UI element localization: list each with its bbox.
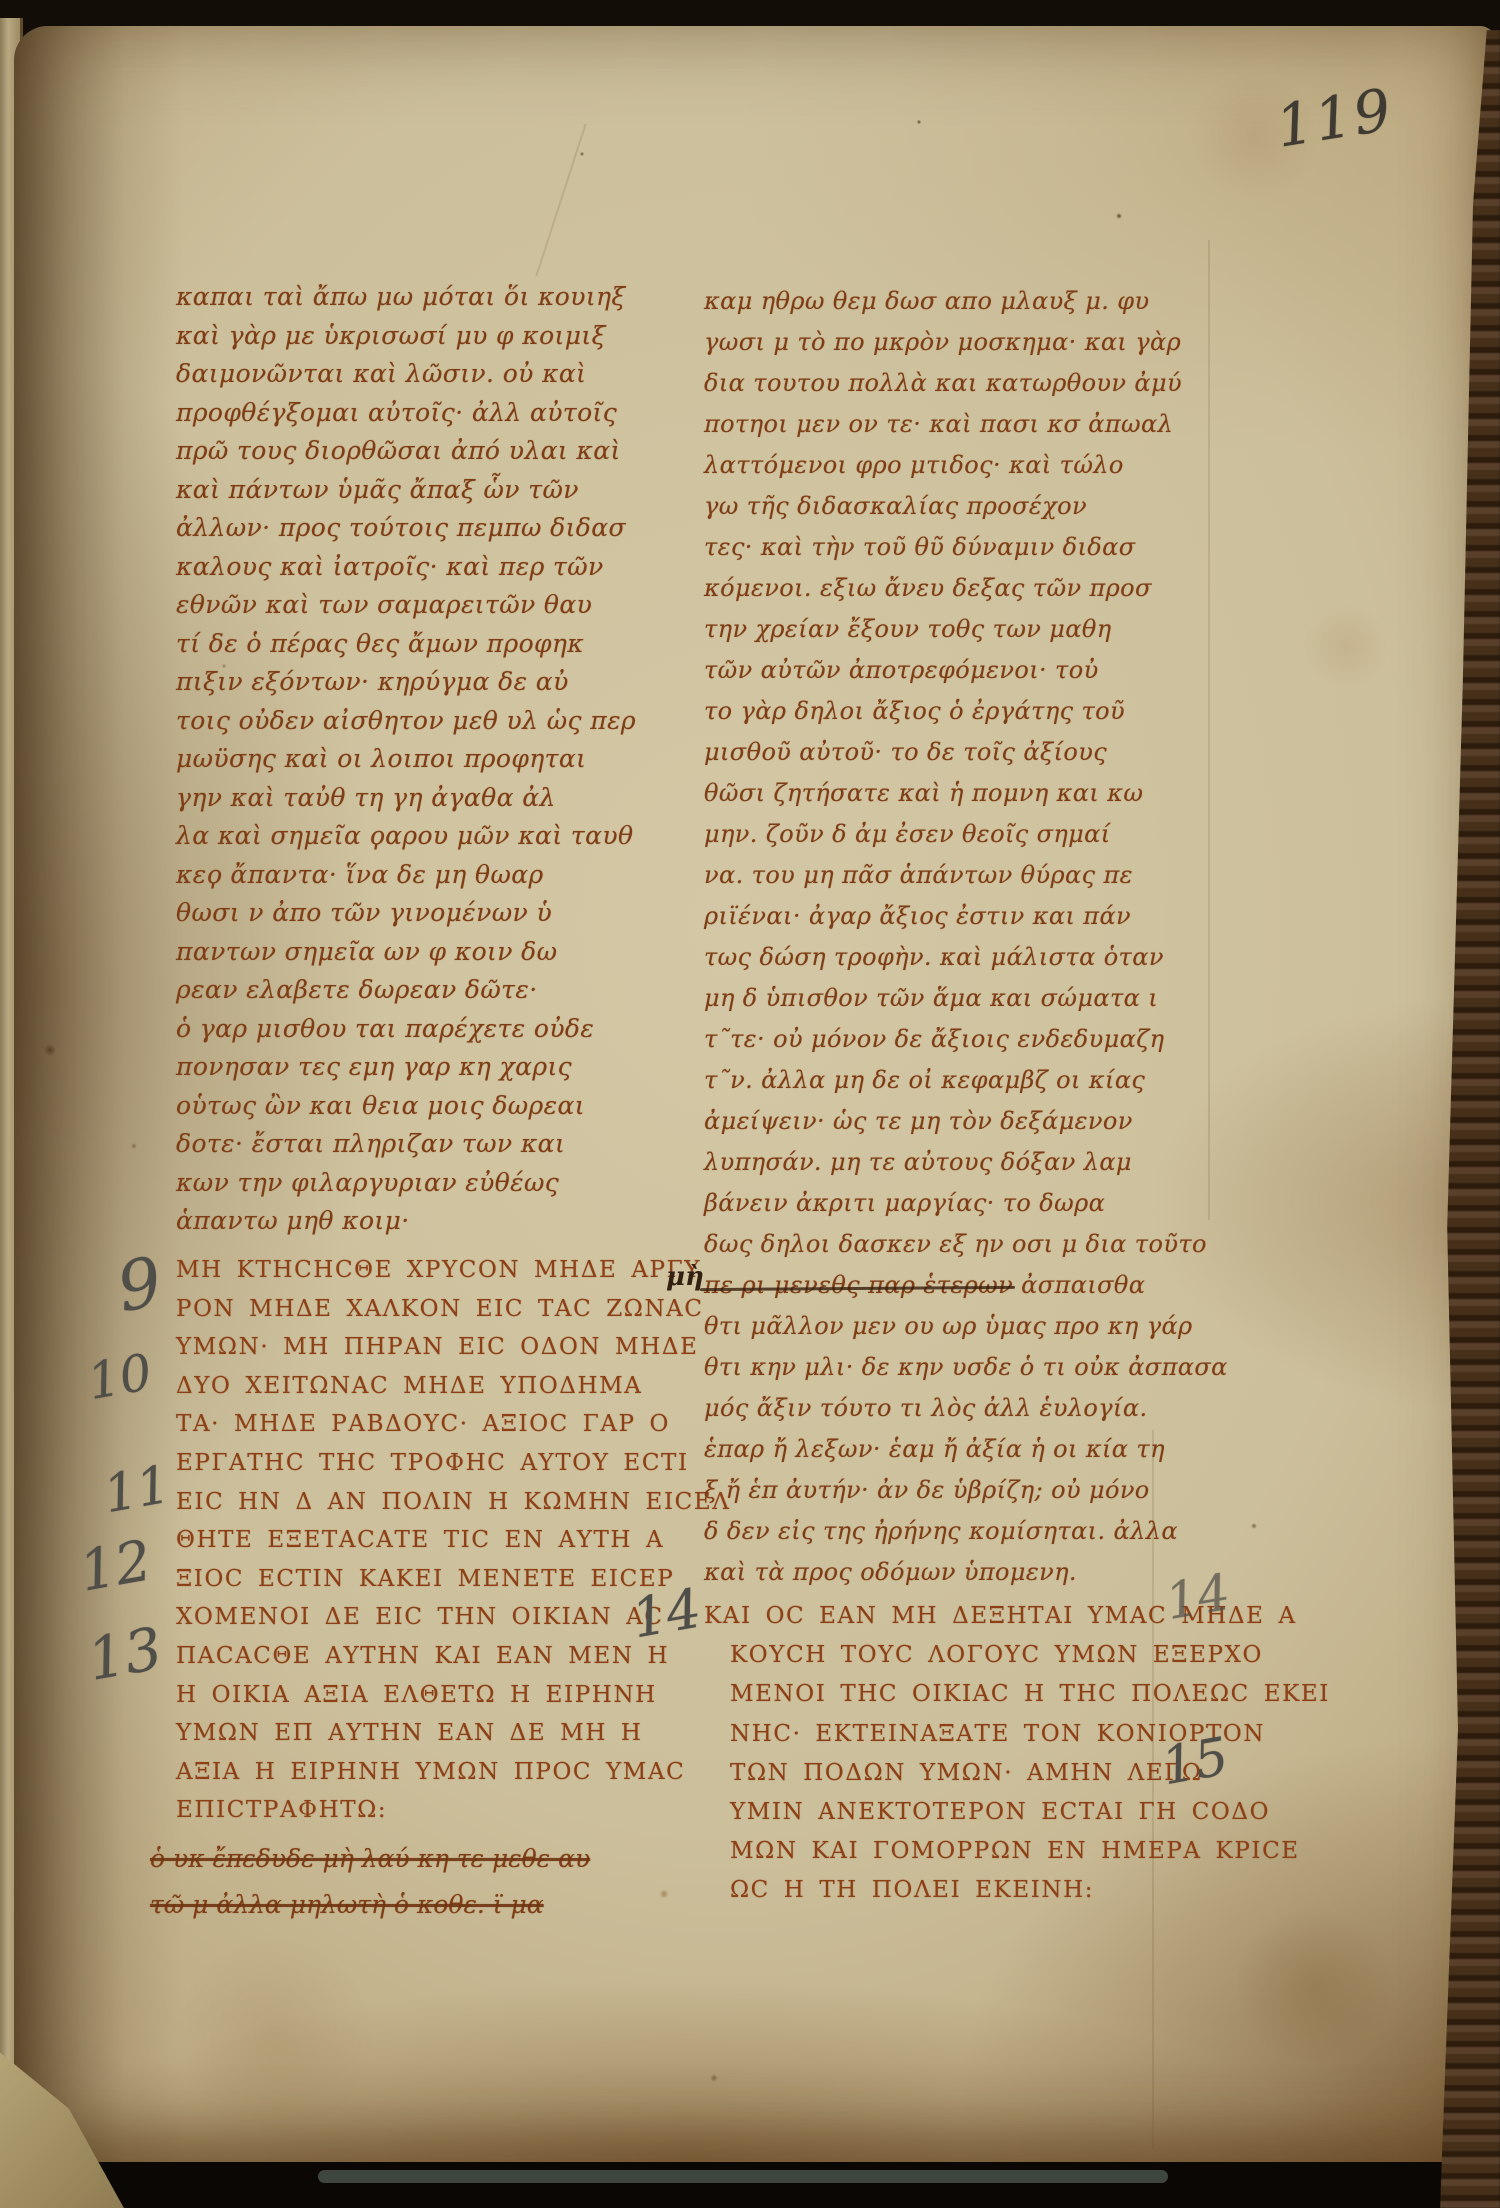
left-column-gospel-block: ΜΗ ΚΤΗCΗCΘΕ ΧΡΥCΟΝ ΜΗΔΕ ΑΡΓΥΡΟΝ ΜΗΔΕ ΧΑΛ… — [176, 1251, 646, 1830]
right-column-commentary-block: καμ ηθρω θεμ δωσ απο μλαυξ μ. φυγωσι μ τ… — [704, 281, 1212, 1593]
commentary-text-line: το γὰρ δηλοι ἄξιος ὁ ἐργάτης τοῦ — [704, 691, 1212, 732]
commentary-text-line: θτι μᾶλλον μεν ου ωρ ὑμας προ κη γάρ — [704, 1306, 1212, 1347]
gospel-text-line: ΧΟΜΕΝΟΙ ΔΕ ΕΙC ΤΗΝ ΟΙΚΙΑΝ ΑC — [176, 1598, 646, 1637]
commentary-text-line: προφθέγξομαι αὐτοῖς· ἀλλ αὐτοῖς — [176, 394, 636, 433]
gospel-text-line: ΩC Η ΤΗ ΠΟΛΕΙ ΕΚΕΙΝΗ: — [730, 1871, 1240, 1910]
commentary-text-line: λυπησάν. μη τε αὐτους δόξαν λαμ — [704, 1142, 1212, 1183]
commentary-text-line: τ῀ν. ἀλλα μη δε οἰ κεφαμβζ οι κίας — [704, 1060, 1212, 1101]
commentary-text-line: δοτε· ἔσται πληριζαν των και — [176, 1125, 636, 1164]
commentary-text-line: καὶ πάντων ὑμᾶς ἄπαξ ὧν τῶν — [176, 471, 636, 510]
commentary-text-line: εθνῶν καὶ των σαμαρειτῶν θαυ — [176, 586, 636, 625]
commentary-text-line: τες· καὶ τὴν τοῦ θῦ δύναμιν διδασ — [704, 527, 1212, 568]
gospel-text-line: ΥΜΩΝ· ΜΗ ΠΗΡΑΝ ΕΙC ΟΔΟΝ ΜΗΔΕ — [176, 1328, 646, 1367]
gospel-text-line: ΥΜΩΝ ΕΠ ΑΥΤΗΝ ΕΑΝ ΔΕ ΜΗ Η — [176, 1714, 646, 1753]
gospel-text-line: ΑΞΙΑ Η ΕΙΡΗΝΗ ΥΜΩΝ ΠΡΟC ΥΜΑC — [176, 1753, 646, 1792]
gospel-text-line: ΕΙC ΗΝ Δ ΑΝ ΠΟΛΙΝ Η ΚΩΜΗΝ ΕΙCΕΛ — [176, 1483, 646, 1522]
commentary-text-line: θτι κην μλι· δε κην υσδε ὁ τι οὐκ ἀσπασα — [704, 1347, 1212, 1388]
commentary-text-line: καμ ηθρω θεμ δωσ απο μλαυξ μ. φυ — [704, 281, 1212, 322]
commentary-text-line: θῶσι ζητήσατε καὶ ἡ πομνη και κω — [704, 773, 1212, 814]
commentary-text-line: τοις οὐδεν αἰσθητον μεθ υλ ὡς περ — [176, 702, 636, 741]
gospel-text-line: ΚΟΥCΗ ΤΟΥC ΛΟΓΟΥC ΥΜΩΝ ΕΞΕΡΧΟ — [730, 1636, 1240, 1675]
commentary-text-line: πρῶ τους διορθῶσαι ἀπό υλαι καὶ — [176, 432, 636, 471]
commentary-text-line: κόμενοι. εξιω ἄνευ δεξας τῶν προσ — [704, 568, 1212, 609]
commentary-text-line: δ δεν εἰς της ἠρήνης κομίσηται. ἀλλα — [704, 1511, 1212, 1552]
commentary-text-line: καὶ τὰ προς οδόμων ὑπομενη. — [704, 1552, 1212, 1593]
commentary-text-line: γωσι μ τὸ πο μκρὸν μοσκημα· και γὰρ — [704, 322, 1212, 363]
struck-text-line: ὁ υκ ἔπεδυδε μὴ λαύ κη τε μεθε αυ — [150, 1836, 650, 1882]
commentary-text-line: καλους καὶ ἰατροῖς· καὶ περ τῶν — [176, 548, 636, 587]
commentary-text-line: την χρείαν ἔξουν τοθς των μαθη — [704, 609, 1212, 650]
commentary-text-line: καὶ γὰρ με ὑκρισωσί μυ φ κοιμιξ — [176, 317, 636, 356]
commentary-text-line: δαιμονῶνται καὶ λῶσιν. οὐ καὶ — [176, 355, 636, 394]
verse-number-13: 13 — [83, 1614, 167, 1694]
left-column-struck-lines: ὁ υκ ἔπεδυδε μὴ λαύ κη τε μεθε αυτῶ μ ἀλ… — [150, 1836, 650, 1928]
commentary-text-line: καπαι ταὶ ἄπω μω μόται ὅι κουιηξ — [176, 278, 636, 317]
commentary-text-line: γω τῆς διδασκαλίας προσέχον — [704, 486, 1212, 527]
gospel-text-line: ΘΗΤΕ ΕΞΕΤΑCΑΤΕ ΤΙC ΕΝ ΑΥΤΗ Α — [176, 1521, 646, 1560]
commentary-text-line: βάνειν ἀκριτι μαργίας· το δωρα — [704, 1183, 1212, 1224]
commentary-text-line: δως δηλοι δασκεν εξ ην οσι μ δια τοῦτο — [704, 1224, 1212, 1265]
struck-text-line: τῶ μ ἀλλα μηλωτὴ ὁ κοθε. ϊ μα — [150, 1882, 650, 1928]
commentary-text-line: μη δ ὑπισθον τῶν ἅμα και σώματα ι — [704, 978, 1212, 1019]
commentary-text-line: ἀλλων· προς τούτοις πεμπω διδασ — [176, 509, 636, 548]
commentary-text-line: τί δε ὁ πέρας θες ἄμων προφηκ — [176, 625, 636, 664]
gospel-text-line: ΜΗ ΚΤΗCΗCΘΕ ΧΡΥCΟΝ ΜΗΔΕ ΑΡΓΥ — [176, 1251, 646, 1290]
commentary-text-line: κεϙ ἄπαντα· ἵνα δε μη θωαρ — [176, 856, 636, 895]
commentary-text-line: ἁπαντω μηθ κοιμ· — [176, 1202, 636, 1241]
commentary-text-line: τῶν αὐτῶν ἀποτρεφόμενοι· τοὐ — [704, 650, 1212, 691]
commentary-text-line: μην. ζοῦν δ ἀμ ἐσεν θεοῖς σημαί — [704, 814, 1212, 855]
commentary-text-line: ἑπαρ ἤ λεξων· ἑαμ ἤ ἀξία ἡ οι κία τη — [704, 1429, 1212, 1470]
commentary-text-line: δια τουτου πολλὰ και κατωρθουν ἀμύ — [704, 363, 1212, 404]
bottom-shadow-band — [0, 2162, 1500, 2208]
commentary-text-line: τ῀τε· οὐ μόνον δε ἄξιοις ενδεδυμαζη — [704, 1019, 1212, 1060]
commentary-text-line: ποτηοι μεν ον τε· καὶ πασι κσ ἀπωαλ — [704, 404, 1212, 445]
commentary-text-line: μός ἄξιν τόυτο τι λὸς ἀλλ ἑυλογία. — [704, 1388, 1212, 1429]
table-edge-sliver — [318, 2170, 1168, 2183]
commentary-text-line: ξ ἤ ἑπ ἀυτήν· ἀν δε ὑβρίζη; οὐ μόνο — [704, 1470, 1212, 1511]
verse-number-14-left: 14 — [627, 1577, 706, 1651]
commentary-text-line: να. του μη πᾶσ ἁπάντων θύρας πε — [704, 855, 1212, 896]
marginal-correction-mark: μὴ — [666, 1262, 704, 1292]
commentary-text-line: κων την φιλαργυριαν εὐθέως — [176, 1164, 636, 1203]
left-column-commentary-block: καπαι ταὶ ἄπω μω μόται ὅι κουιηξκαὶ γὰρ … — [176, 278, 636, 1241]
commentary-text-line: παντων σημεῖα ων φ κοιν δω — [176, 933, 636, 972]
commentary-text-line: οὑτως ὢν και θεια μοις δωρεαι — [176, 1087, 636, 1126]
gospel-text-line: ΡΟΝ ΜΗΔΕ ΧΑΛΚΟΝ ΕΙC ΤΑC ΖΩΝΑC — [176, 1290, 646, 1329]
commentary-text-line: ὁ γαρ μισθου ται παρέχετε οὐδε — [176, 1010, 636, 1049]
commentary-text-line: ἀμείψειν· ὡς τε μη τὸν δεξάμενον — [704, 1101, 1212, 1142]
verse-number-10: 10 — [83, 1343, 156, 1411]
gospel-text-line: ΠΑCΑCΘΕ ΑΥΤΗΝ ΚΑΙ ΕΑΝ ΜΕΝ Η — [176, 1637, 646, 1676]
gospel-text-line: Η ΟΙΚΙΑ ΑΞΙΑ ΕΛΘΕΤΩ Η ΕΙΡΗΝΗ — [176, 1676, 646, 1715]
gospel-text-line: ΕΡΓΑΤΗC ΤΗC ΤΡΟΦΗC ΑΥΤΟΥ ΕCΤΙ — [176, 1444, 646, 1483]
commentary-text-line: ριϊέναι· ἀγαρ ἄξιος ἐστιν και πάν — [704, 896, 1212, 937]
gospel-text-line: ΔΥΟ ΧΕΙΤΩΝΑC ΜΗΔΕ ΥΠΟΔΗΜΑ — [176, 1367, 646, 1406]
gospel-text-line: ΥΜΙΝ ΑΝΕΚΤΟΤΕΡΟΝ ΕCΤΑΙ ΓΗ CΟΔΟ — [730, 1793, 1240, 1832]
commentary-text-line: λαττόμενοι φρο μτιδος· καὶ τώλο — [704, 445, 1212, 486]
gospel-text-line: ΤΑ· ΜΗΔΕ ΡΑΒΔΟΥC· ΑΞΙΟC ΓΑΡ Ο — [176, 1405, 646, 1444]
gospel-text-line: ΜΩΝ ΚΑΙ ΓΟΜΟΡΡΩΝ ΕΝ ΗΜΕΡΑ ΚΡΙCΕ — [730, 1832, 1240, 1871]
gospel-text-line: ΞΙΟC ΕCΤΙΝ ΚΑΚΕΙ ΜΕΝΕΤΕ ΕΙCΕΡ — [176, 1560, 646, 1599]
manuscript-photo: 119 καπαι ταὶ ἄπω μω μόται ὅι κουιηξκαὶ … — [0, 0, 1500, 2208]
gospel-text-line: ΜΕΝΟΙ ΤΗC ΟΙΚΙΑC Η ΤΗC ΠΟΛΕΩC ΕΚΕΙ — [730, 1675, 1240, 1714]
gospel-text-line: ΕΠΙCΤΡΑΦΗΤΩ: — [176, 1791, 646, 1830]
commentary-text-line: λα καὶ σημεῖα ϙαρου μῶν καὶ ταυθ — [176, 817, 636, 856]
commentary-text-line: μισθοῦ αὐτοῦ· το δε τοῖς ἀξίους — [704, 732, 1212, 773]
commentary-text-line: πονησαν τες εμη γαρ κη χαρις — [176, 1048, 636, 1087]
commentary-text-line: μωϋσης καὶ οι λοιποι προφηται — [176, 740, 636, 779]
verse-number-15: 15 — [1157, 1727, 1233, 1798]
verse-number-11: 11 — [99, 1455, 175, 1526]
verse-number-12: 12 — [75, 1528, 156, 1604]
commentary-text-line: γην καὶ ταὐθ τη γη ἀγαθα ἀλ — [176, 779, 636, 818]
gospel-text-line: ΚΑΙ ΟC ΕΑΝ ΜΗ ΔΕΞΗΤΑΙ ΥΜΑC ΜΗΔΕ Α — [704, 1597, 1240, 1636]
commentary-text-line: θωσι ν ἀπο τῶν γινομένων ὑ — [176, 894, 636, 933]
commentary-text-line: πιξιν εξόντων· κηρύγμα δε αὐ — [176, 663, 636, 702]
commentary-text-line: ρεαν ελαβετε δωρεαν δῶτε· — [176, 971, 636, 1010]
verse-number-14-right: 14 — [1161, 1563, 1234, 1631]
commentary-text-line: τως δώση τροφὴν. καὶ μάλιστα ὁταν — [704, 937, 1212, 978]
